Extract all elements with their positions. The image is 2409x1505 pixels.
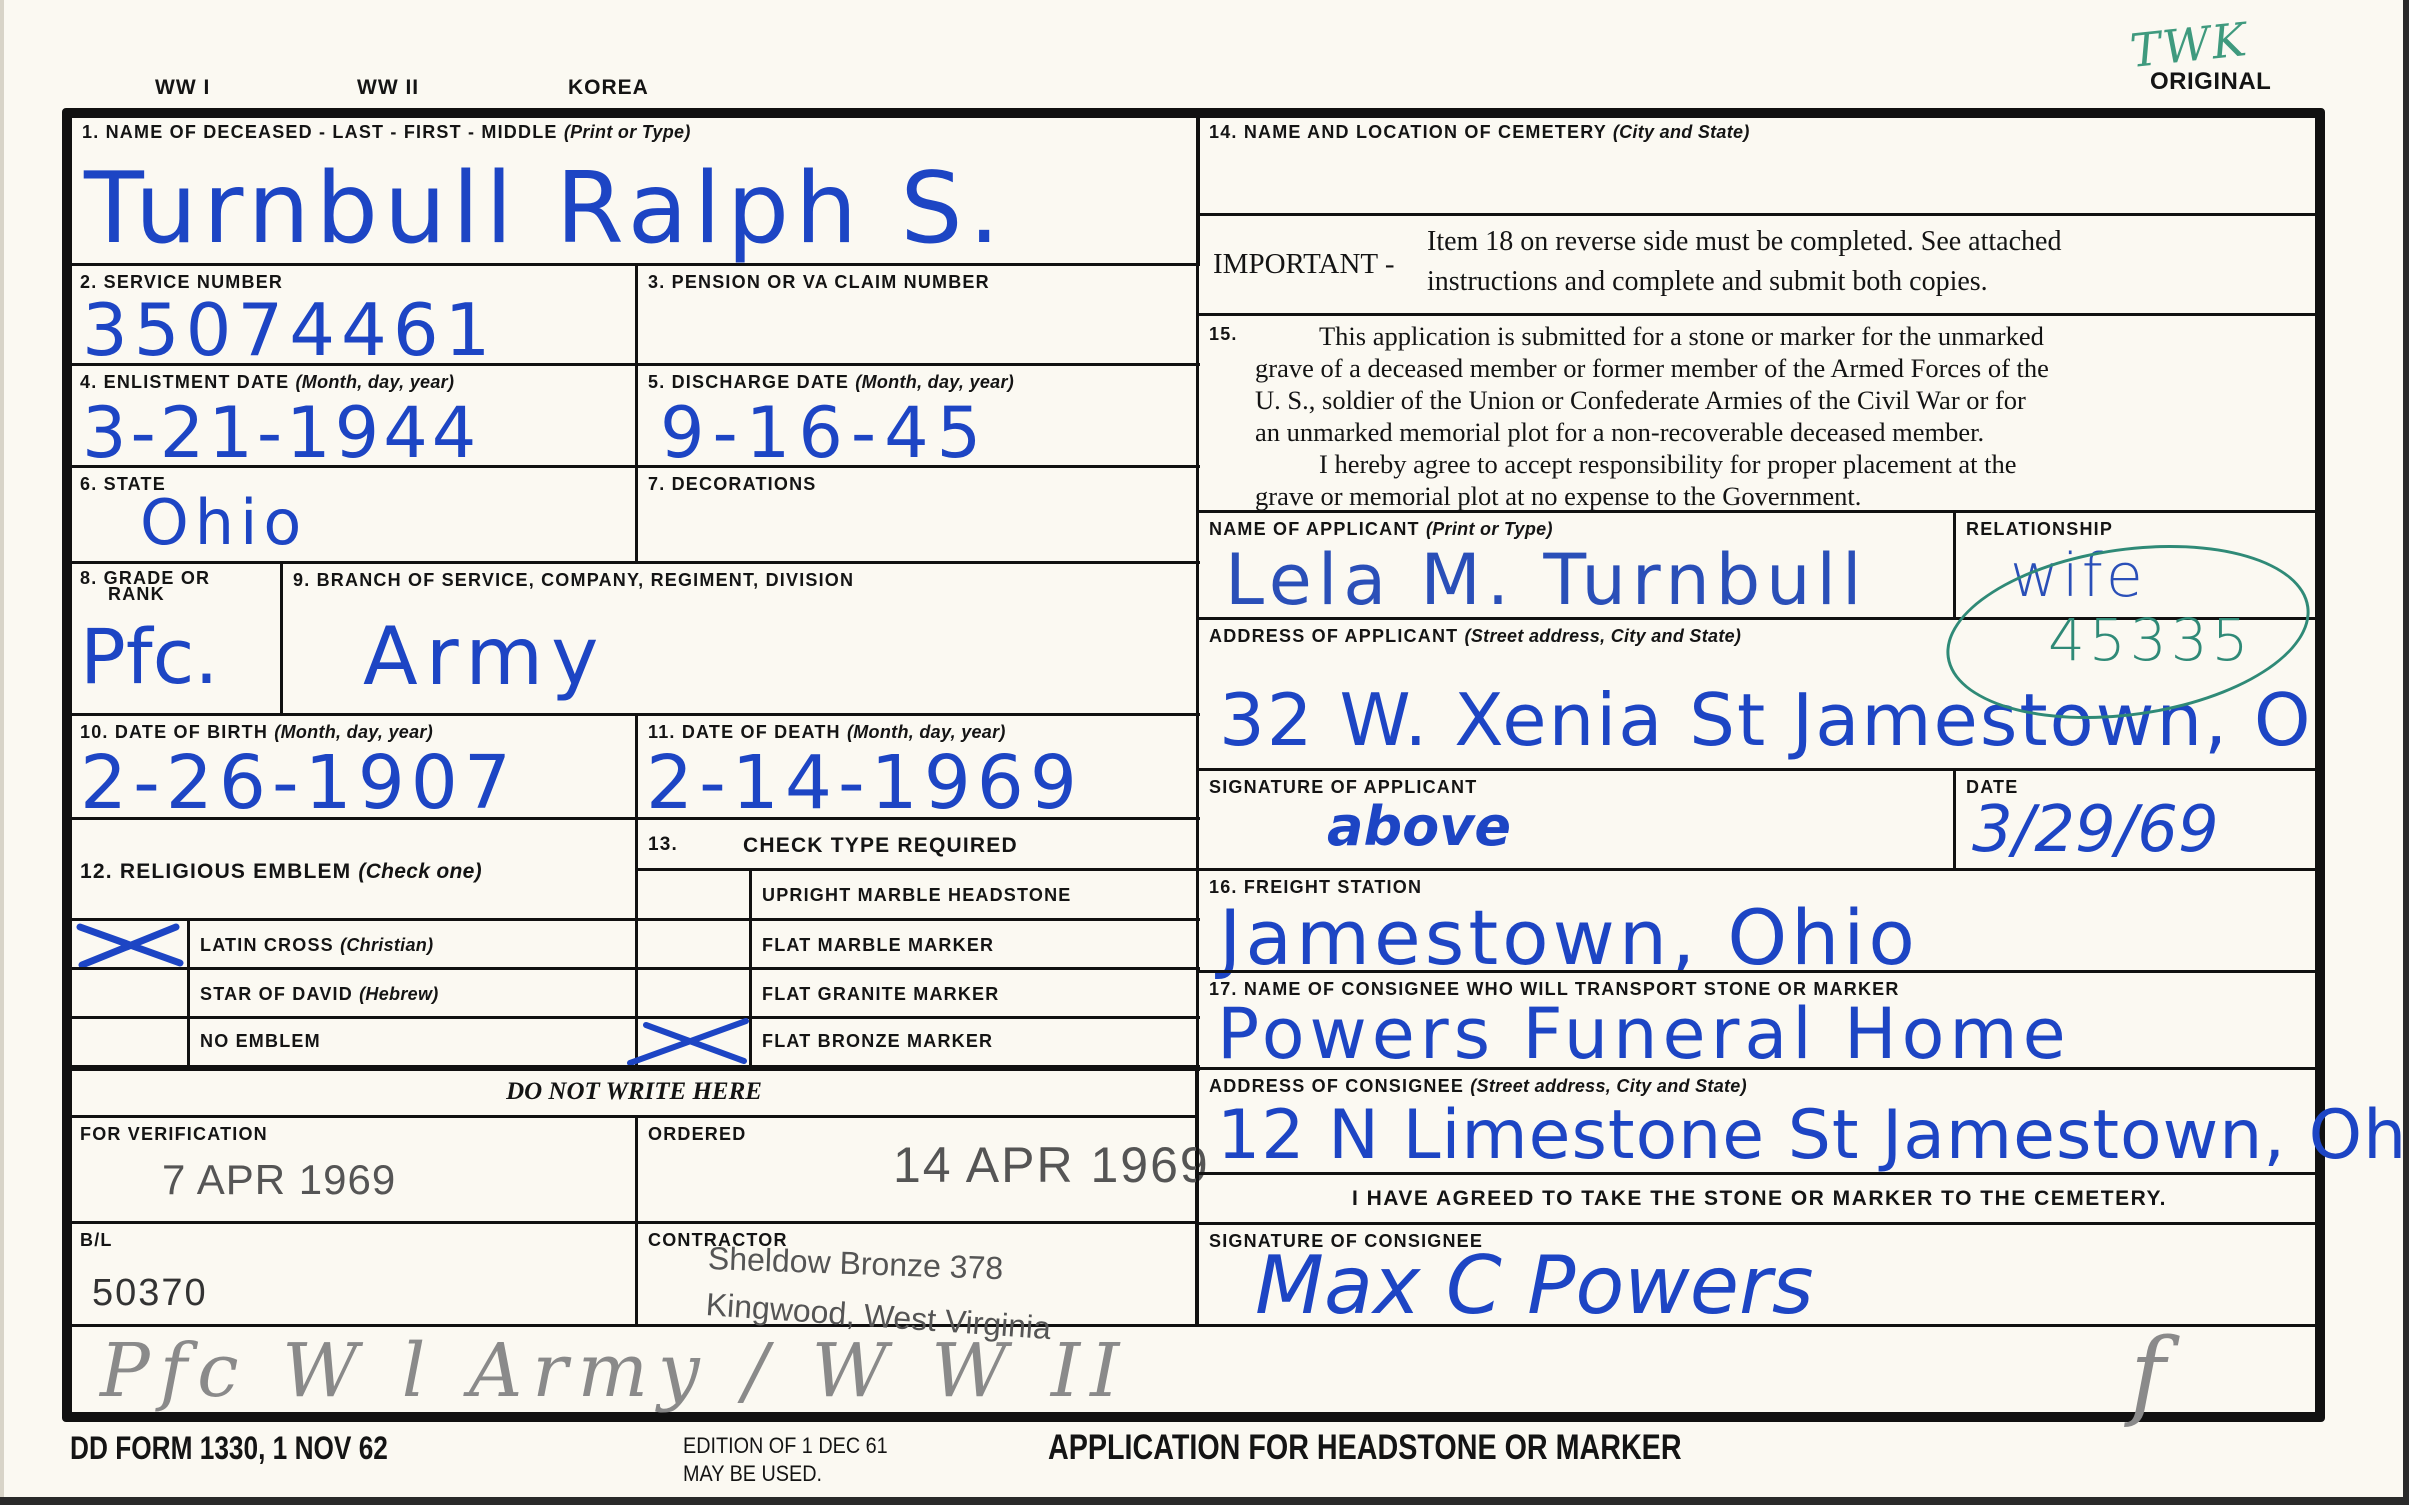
- card-left-edge: [0, 0, 4, 1505]
- statement-text: This application is submitted for a ston…: [1213, 320, 2049, 512]
- category-korea: KOREA: [568, 76, 649, 100]
- field-hint: (Month, day, year): [295, 372, 454, 392]
- consignee-address-value: 12 N Limestone St Jamestown, Ohio: [1217, 1096, 2409, 1175]
- deceased-name-value: Turnbull Ralph S.: [84, 152, 1006, 266]
- category-ww1: WW I: [155, 76, 210, 100]
- field-date-of-death[interactable]: 11. DATE OF DEATH (Month, day, year) 2-1…: [635, 713, 1200, 820]
- field-pension-claim[interactable]: 3. PENSION OR VA CLAIM NUMBER: [635, 263, 1200, 366]
- field-label: 9. BRANCH OF SERVICE, COMPANY, REGIMENT,…: [293, 570, 854, 591]
- field-consignee-signature[interactable]: SIGNATURE OF CONSIGNEE Max C Powers: [1196, 1222, 2317, 1327]
- checkbox-flat-bronze-marker[interactable]: [635, 1016, 752, 1071]
- office-use-banner: DO NOT WRITE HERE: [70, 1068, 1198, 1118]
- checkbox-no-emblem[interactable]: [70, 1016, 190, 1068]
- field-decorations[interactable]: 7. DECORATIONS: [635, 465, 1200, 564]
- field-application-date[interactable]: DATE 3/29/69: [1953, 768, 2317, 871]
- field-label: 12. RELIGIOUS EMBLEM: [80, 860, 351, 883]
- option-label: UPRIGHT MARBLE HEADSTONE: [762, 885, 1071, 906]
- check-x-icon: [626, 1017, 756, 1067]
- field-label: 1. NAME OF DECEASED - LAST - FIRST - MID…: [82, 122, 558, 142]
- option-hint: (Hebrew): [359, 984, 438, 1004]
- option-label: NO EMBLEM: [200, 1031, 321, 1052]
- important-label: IMPORTANT -: [1213, 248, 1395, 281]
- important-line2: instructions and complete and submit bot…: [1427, 266, 1988, 298]
- edition-note: EDITION OF 1 DEC 61 MAY BE USED.: [683, 1432, 888, 1488]
- form-id: DD FORM 1330, 1 NOV 62: [70, 1430, 388, 1467]
- field-label: FOR VERIFICATION: [80, 1124, 268, 1145]
- verification-stamp: 7 APR 1969: [162, 1156, 396, 1204]
- field-contractor: CONTRACTOR Sheldow Bronze 378 Kingwood, …: [635, 1221, 1198, 1327]
- discharge-date-value: 9-16-45: [660, 392, 989, 474]
- form-title: APPLICATION FOR HEADSTONE OR MARKER: [1048, 1428, 1682, 1468]
- field-label: ORDERED: [648, 1124, 746, 1145]
- checkbox-star-of-david[interactable]: [70, 967, 190, 1019]
- check-x-icon: [76, 923, 186, 969]
- option-label: FLAT GRANITE MARKER: [762, 984, 999, 1005]
- field-discharge-date[interactable]: 5. DISCHARGE DATE (Month, day, year) 9-1…: [635, 363, 1200, 468]
- field-label: 11. DATE OF DEATH: [648, 722, 841, 742]
- freight-station-value: Jamestown, Ohio: [1219, 893, 1919, 982]
- field-label: 3. PENSION OR VA CLAIM NUMBER: [648, 272, 990, 293]
- option-label: LATIN CROSS: [200, 935, 334, 955]
- field-grade-rank[interactable]: 8. GRADE ORRANK Pfc.: [70, 561, 283, 716]
- field-name-of-deceased[interactable]: 1. NAME OF DECEASED - LAST - FIRST - MID…: [70, 116, 1200, 266]
- field-number: 13.: [648, 834, 678, 856]
- field-hint: (Print or Type): [564, 122, 691, 142]
- field-label: RANK: [80, 586, 210, 602]
- field-label: B/L: [80, 1230, 113, 1251]
- applicant-name-value: Lela M. Turnbull: [1225, 539, 1867, 621]
- option-flat-bronze-marker: FLAT BRONZE MARKER: [749, 1016, 1200, 1071]
- field-consignee-name[interactable]: 17. NAME OF CONSIGNEE WHO WILL TRANSPORT…: [1196, 970, 2317, 1070]
- field-branch-of-service[interactable]: 9. BRANCH OF SERVICE, COMPANY, REGIMENT,…: [280, 561, 1200, 716]
- important-line1: Item 18 on reverse side must be complete…: [1427, 226, 2061, 258]
- zip-code-annotation: 45335: [2048, 606, 2253, 674]
- option-hint: (Christian): [340, 935, 433, 955]
- field-hint: (City and State): [1613, 122, 1750, 142]
- field-religious-emblem-header: 12. RELIGIOUS EMBLEM (Check one): [70, 817, 638, 921]
- important-notice: IMPORTANT - Item 18 on reverse side must…: [1196, 213, 2317, 316]
- date-of-death-value: 2-14-1969: [646, 740, 1083, 826]
- option-no-emblem: NO EMBLEM: [187, 1016, 638, 1068]
- option-flat-granite-marker: FLAT GRANITE MARKER: [749, 967, 1200, 1019]
- agreement-text: I HAVE AGREED TO TAKE THE STONE OR MARKE…: [1199, 1187, 2320, 1211]
- bottom-notes-row: Pfc W l Army / W W II f: [70, 1324, 2317, 1414]
- checkbox-latin-cross[interactable]: [70, 918, 190, 970]
- pencil-mark: f: [2130, 1318, 2166, 1430]
- field-hint: (Check one): [358, 860, 482, 883]
- card-bottom-edge: [0, 1497, 2409, 1505]
- checkbox-flat-granite-marker[interactable]: [635, 967, 752, 1019]
- ordered-stamp: 14 APR 1969: [893, 1136, 1210, 1194]
- field-bill-of-lading: B/L 50370: [70, 1221, 638, 1327]
- date-of-birth-value: 2-26-1907: [80, 740, 517, 826]
- field-date-of-birth[interactable]: 10. DATE OF BIRTH (Month, day, year) 2-2…: [70, 713, 638, 820]
- bill-of-lading-value: 50370: [92, 1272, 208, 1315]
- option-label: FLAT BRONZE MARKER: [762, 1031, 993, 1052]
- field-label: 10. DATE OF BIRTH: [80, 722, 268, 742]
- field-freight-station[interactable]: 16. FREIGHT STATION Jamestown, Ohio: [1196, 868, 2317, 973]
- field-label: CHECK TYPE REQUIRED: [743, 834, 1018, 858]
- field-for-verification: FOR VERIFICATION 7 APR 1969: [70, 1115, 638, 1224]
- option-label: STAR OF DAVID: [200, 984, 353, 1004]
- field-15-statement: 15. This application is submitted for a …: [1196, 313, 2317, 513]
- field-applicant-name[interactable]: NAME OF APPLICANT (Print or Type) Lela M…: [1196, 510, 1956, 620]
- field-hint: (Month, day, year): [855, 372, 1014, 392]
- field-hint: (Month, day, year): [274, 722, 433, 742]
- field-hint: (Street address, City and State): [1465, 626, 1742, 646]
- field-hint: (Month, day, year): [847, 722, 1006, 742]
- field-ordered: ORDERED 14 APR 1969: [635, 1115, 1198, 1224]
- field-check-type-header: 13. CHECK TYPE REQUIRED: [635, 817, 1200, 871]
- field-label: 14. NAME AND LOCATION OF CEMETERY: [1209, 122, 1607, 142]
- option-latin-cross: LATIN CROSS (Christian): [187, 918, 638, 970]
- field-label: ADDRESS OF APPLICANT: [1209, 626, 1458, 646]
- service-number-value: 35074461: [82, 288, 496, 372]
- office-use-banner-text: DO NOT WRITE HERE: [70, 1078, 1198, 1106]
- application-date-value: 3/29/69: [1972, 793, 2219, 867]
- field-label: RELATIONSHIP: [1966, 519, 2113, 540]
- field-service-number[interactable]: 2. SERVICE NUMBER 35074461: [70, 263, 638, 366]
- field-applicant-signature[interactable]: SIGNATURE OF APPLICANT above: [1196, 768, 1956, 871]
- field-hint: (Street address, City and State): [1470, 1076, 1747, 1096]
- enlistment-date-value: 3-21-1944: [82, 392, 480, 474]
- checkbox-upright-marble-headstone[interactable]: [635, 868, 752, 921]
- field-label: NAME OF APPLICANT: [1209, 519, 1420, 539]
- checkbox-flat-marble-marker[interactable]: [635, 918, 752, 970]
- option-upright-marble-headstone: UPRIGHT MARBLE HEADSTONE: [749, 868, 1200, 921]
- option-flat-marble-marker: FLAT MARBLE MARKER: [749, 918, 1200, 970]
- field-label: 4. ENLISTMENT DATE: [80, 372, 289, 392]
- field-hint: (Print or Type): [1426, 519, 1553, 539]
- applicant-signature-value: above: [1327, 795, 1511, 858]
- consignee-name-value: Powers Funeral Home: [1217, 993, 2071, 1075]
- option-star-of-david: STAR OF DAVID (Hebrew): [187, 967, 638, 1019]
- consignee-signature-value: Max C Powers: [1255, 1239, 1814, 1332]
- pencil-annotation: Pfc W l Army / W W II: [100, 1328, 1129, 1414]
- field-label: 7. DECORATIONS: [648, 474, 816, 495]
- field-label: 5. DISCHARGE DATE: [648, 372, 849, 392]
- branch-value: Army: [363, 610, 606, 703]
- state-value: Ohio: [140, 486, 307, 559]
- copy-label: ORIGINAL: [2150, 68, 2271, 96]
- contractor-stamp-line1: Sheldow Bronze 378: [707, 1240, 1003, 1287]
- option-label: FLAT MARBLE MARKER: [762, 935, 994, 956]
- card-right-edge: [2403, 0, 2409, 1505]
- field-consignee-address[interactable]: ADDRESS OF CONSIGNEE (Street address, Ci…: [1196, 1067, 2317, 1175]
- grade-value: Pfc.: [80, 612, 219, 701]
- consignee-agreement: I HAVE AGREED TO TAKE THE STONE OR MARKE…: [1196, 1172, 2317, 1225]
- category-ww2: WW II: [357, 76, 419, 100]
- field-state[interactable]: 6. STATE Ohio: [70, 465, 638, 564]
- field-cemetery[interactable]: 14. NAME AND LOCATION OF CEMETERY (City …: [1196, 116, 2317, 216]
- field-enlistment-date[interactable]: 4. ENLISTMENT DATE (Month, day, year) 3-…: [70, 363, 638, 468]
- field-label: ADDRESS OF CONSIGNEE: [1209, 1076, 1464, 1096]
